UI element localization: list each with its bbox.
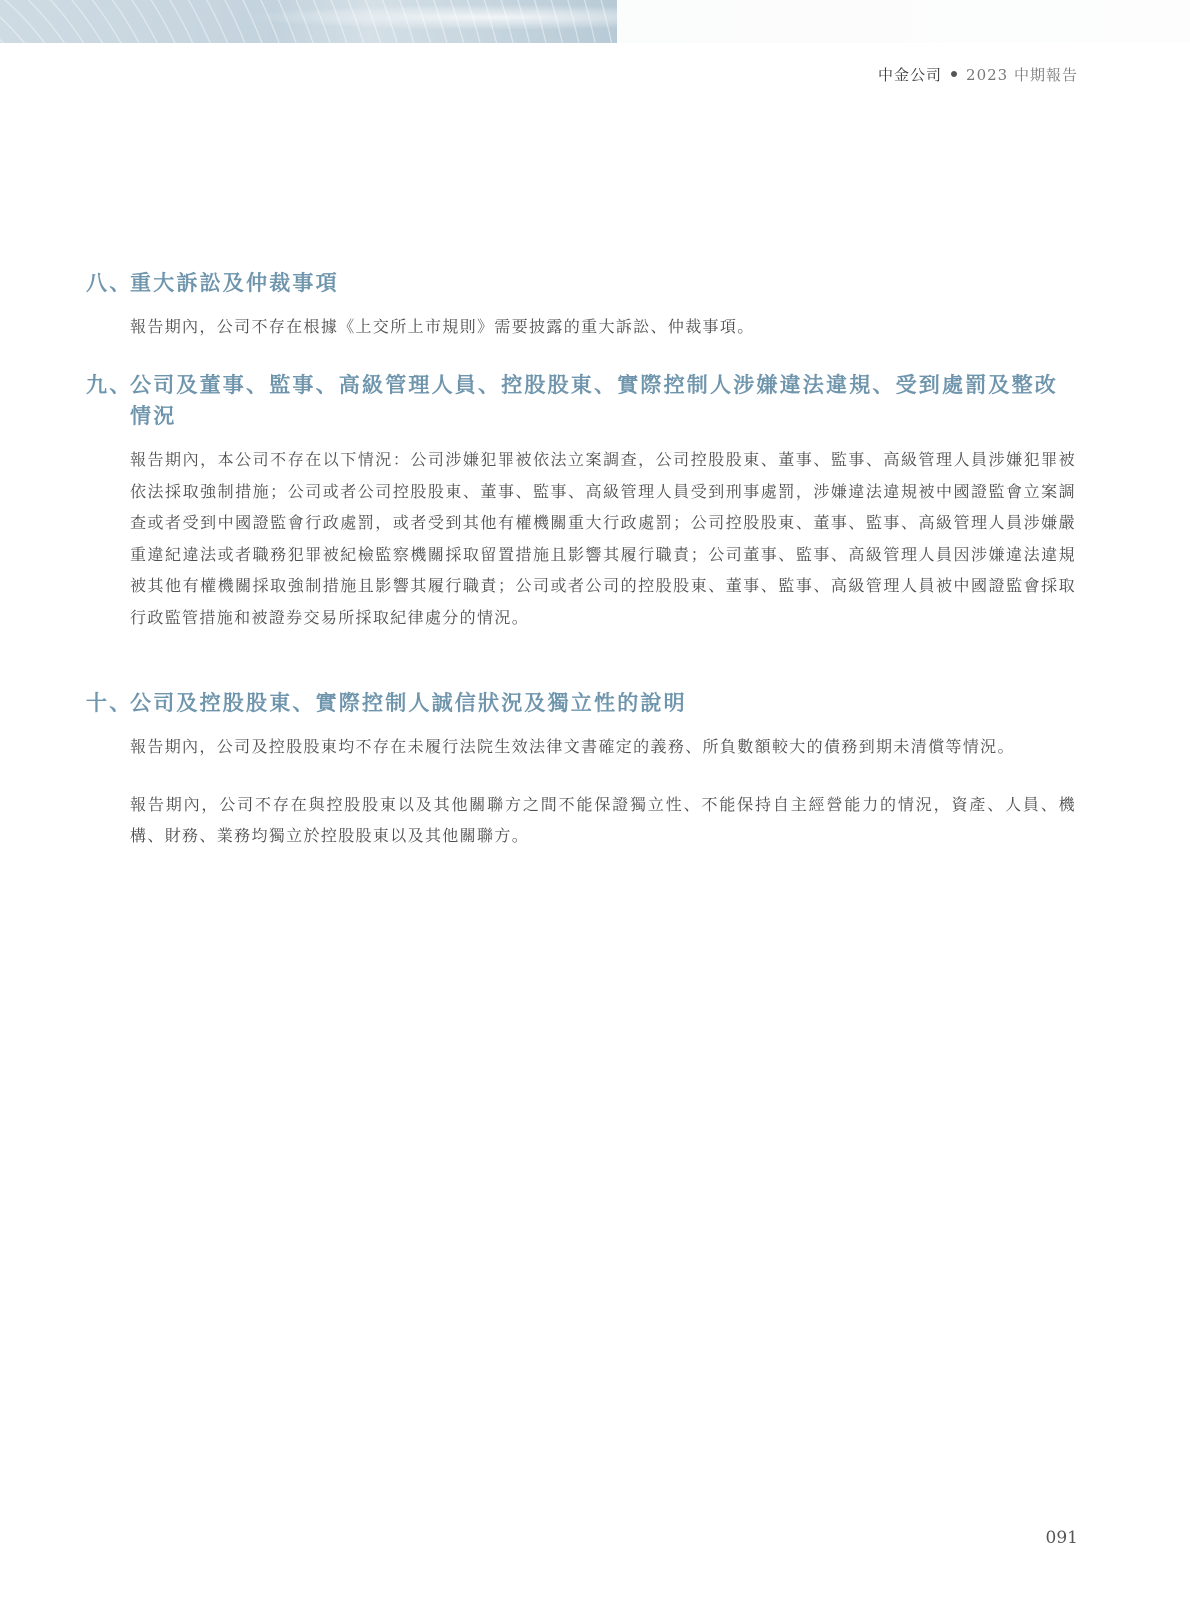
- company-name: 中金公司: [878, 66, 942, 84]
- section-title: 公司及控股股東、實際控制人誠信狀況及獨立性的說明: [130, 688, 1076, 719]
- report-title: 2023 中期報告: [966, 66, 1078, 84]
- section-heading: 十、 公司及控股股東、實際控制人誠信狀況及獨立性的說明: [86, 688, 1076, 719]
- section-litigation: 八、 重大訴訟及仲裁事項 報告期內，公司不存在根據《上交所上市規則》需要披露的重…: [86, 268, 1076, 359]
- page-number: 091: [1046, 1528, 1078, 1548]
- paragraph: 報告期內，本公司不存在以下情況：公司涉嫌犯罪被依法立案調查，公司控股股東、董事、…: [130, 444, 1076, 633]
- section-violations: 九、 公司及董事、監事、高級管理人員、控股股東、實際控制人涉嫌違法違規、受到處罰…: [86, 370, 1076, 649]
- section-integrity-independence: 十、 公司及控股股東、實際控制人誠信狀況及獨立性的說明 報告期內，公司及控股股東…: [86, 688, 1076, 868]
- running-header: 中金公司2023 中期報告: [878, 64, 1078, 85]
- bullet-separator-icon: [951, 71, 957, 77]
- section-number: 九、: [86, 370, 130, 432]
- section-heading: 八、 重大訴訟及仲裁事項: [86, 268, 1076, 299]
- paragraph: 報告期內，公司不存在根據《上交所上市規則》需要披露的重大訴訟、仲裁事項。: [130, 311, 1076, 343]
- paragraph: 報告期內，公司及控股股東均不存在未履行法院生效法律文書確定的義務、所負數額較大的…: [130, 731, 1076, 763]
- section-number: 十、: [86, 688, 130, 719]
- section-title: 公司及董事、監事、高級管理人員、控股股東、實際控制人涉嫌違法違規、受到處罰及整改…: [130, 370, 1076, 432]
- section-heading: 九、 公司及董事、監事、高級管理人員、控股股東、實際控制人涉嫌違法違規、受到處罰…: [86, 370, 1076, 432]
- header-banner-fade: [617, 0, 1190, 43]
- header-banner-image: [0, 0, 617, 43]
- section-title: 重大訴訟及仲裁事項: [130, 268, 1076, 299]
- section-number: 八、: [86, 268, 130, 299]
- paragraph: 報告期內，公司不存在與控股股東以及其他關聯方之間不能保證獨立性、不能保持自主經營…: [130, 789, 1076, 852]
